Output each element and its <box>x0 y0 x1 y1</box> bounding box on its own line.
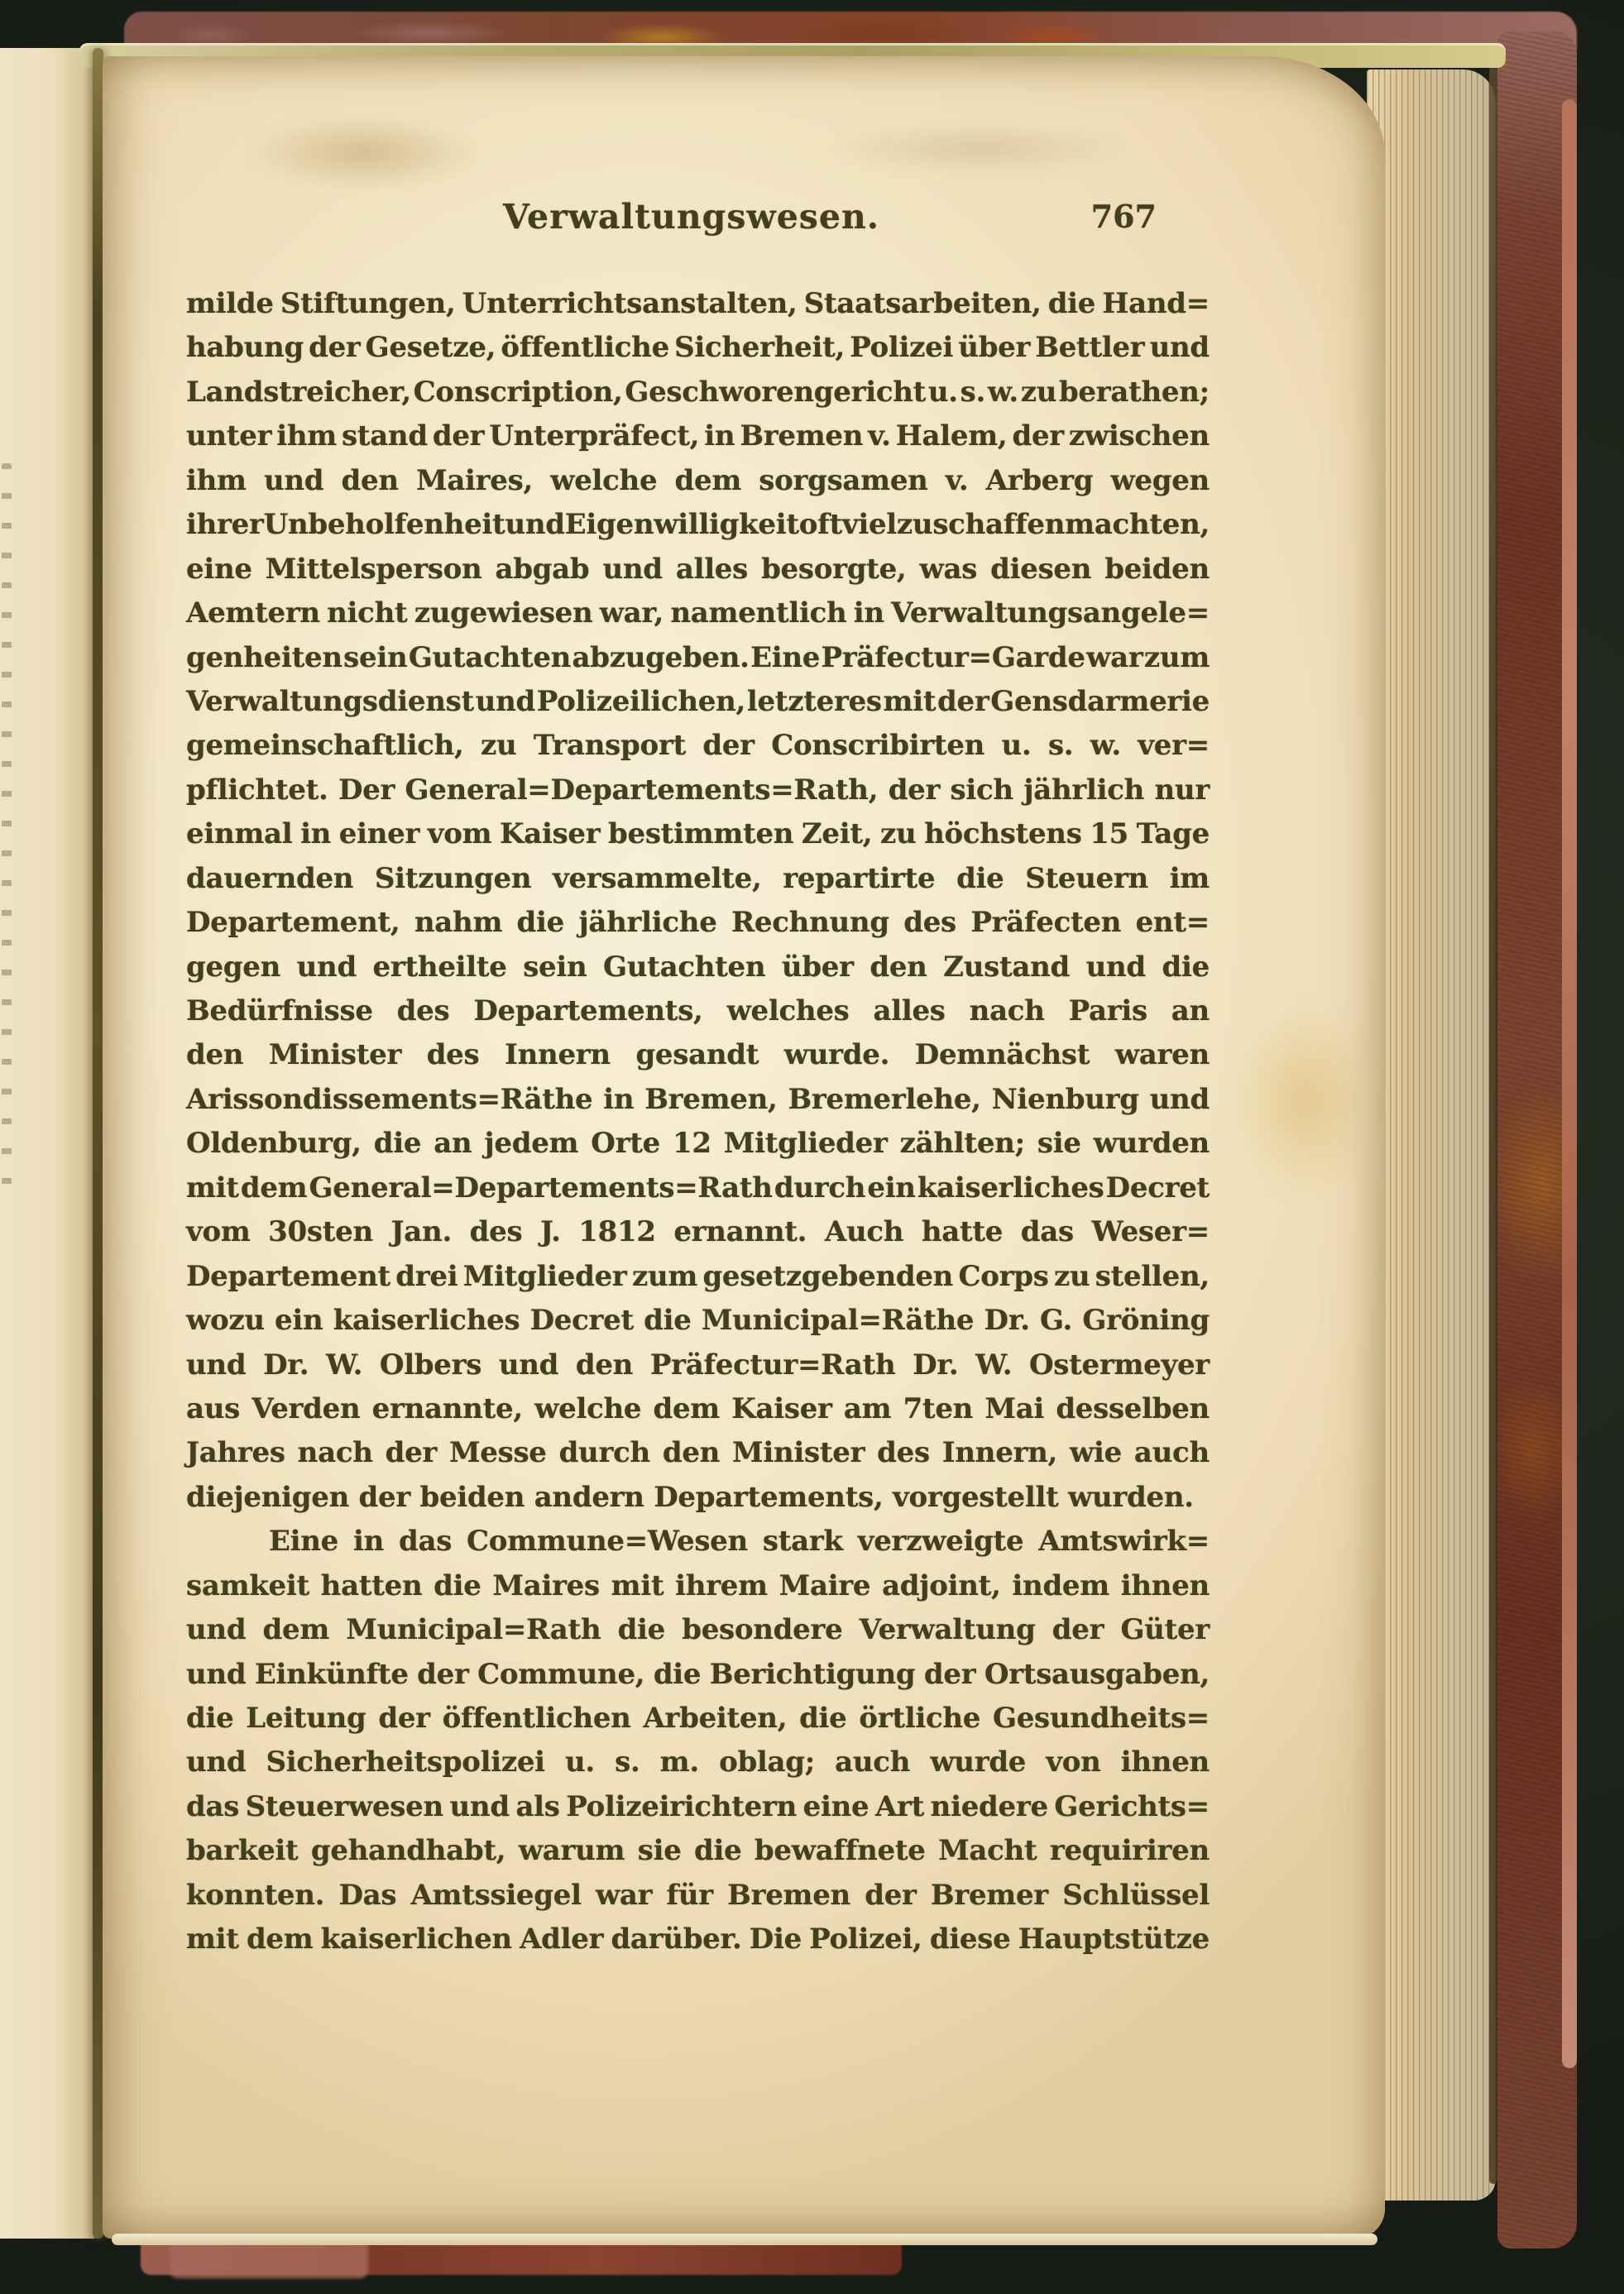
book-photo-scene: Verwaltungswesen. 767 mildeStiftungen,Un… <box>0 0 1624 2294</box>
text-line: samkeithattendieMairesmitihremMaireadjoi… <box>186 1564 1210 1608</box>
page-bottom-edge-highlight <box>112 2234 1377 2245</box>
text-line: vom30stenJan.desJ.1812ernannt.Auchhatted… <box>186 1210 1210 1254</box>
text-line: einmalineinervomKaiserbestimmtenZeit,zuh… <box>186 812 1210 856</box>
text-line: wozueinkaiserlichesDecretdieMunicipal=Rä… <box>186 1299 1210 1343</box>
text-line: dasSteuerwesenundalsPolizeirichterneineA… <box>186 1785 1210 1829</box>
text-line: BedürfnissedesDepartements,welchesallesn… <box>186 989 1210 1033</box>
text-line: Aemternnichtzugewiesenwar,namentlichinVe… <box>186 591 1210 635</box>
text-line: EineindasCommune=WesenstarkverzweigteAmt… <box>186 1520 1210 1564</box>
facing-page-sliver <box>0 48 98 2239</box>
text-line: Departement,nahmdiejährlicheRechnungdesP… <box>186 901 1210 945</box>
text-line: ausVerdenernannte,welchedemKaiseram7tenM… <box>186 1387 1210 1431</box>
text-line: genheitenseinGutachtenabzugeben.EinePräf… <box>186 636 1210 680</box>
text-line: JahresnachderMessedurchdenMinisterdesInn… <box>186 1431 1210 1475</box>
text-line: gegenundertheilteseinGutachtenüberdenZus… <box>186 946 1210 989</box>
running-title: Verwaltungswesen. <box>180 190 1203 243</box>
body-text: mildeStiftungen,Unterrichtsanstalten,Sta… <box>186 282 1210 1962</box>
text-line: mitdemGeneral=Departements=Rathdurcheink… <box>186 1166 1210 1210</box>
text-line: Oldenburg,dieanjedemOrte12Mitgliederzähl… <box>186 1122 1210 1166</box>
text-line: barkeitgehandhabt,warumsiediebewaffneteM… <box>186 1829 1210 1873</box>
text-line: habungderGesetze,öffentlicheSicherheit,P… <box>186 326 1210 370</box>
text-line: konnten.DasAmtssiegelwarfürBremenderBrem… <box>186 1874 1210 1918</box>
page-stack-fore-edge <box>1367 69 1496 2201</box>
text-line: eineMittelspersonabgabundallesbesorgte,w… <box>186 548 1210 591</box>
text-line: VerwaltungsdienstundPolizeilichen,letzte… <box>186 680 1210 724</box>
text-line: pflichtet.DerGeneral=Departements=Rath,d… <box>186 769 1210 812</box>
text-line: ihmunddenMaires,welchedemsorgsamenv.Arbe… <box>186 459 1210 503</box>
paper-stain <box>1234 1005 1375 1195</box>
facing-page-text-fragments <box>2 463 12 1191</box>
text-line: dieLeitungderöffentlichenArbeiten,dieört… <box>186 1697 1210 1741</box>
text-line: gemeinschaftlich,zuTransportderConscribi… <box>186 724 1210 768</box>
text-line: DepartementdreiMitgliederzumgesetzgebend… <box>186 1255 1210 1299</box>
text-line: diejenigen der beiden andern Departement… <box>186 1476 1210 1520</box>
text-line: denMinisterdesInnerngesandtwurde.Demnäch… <box>186 1033 1210 1077</box>
ink-bleed-through <box>827 124 1125 174</box>
text-line: undSicherheitspolizeiu.s.m.oblag;auchwur… <box>186 1741 1210 1784</box>
text-line: undDr.W.OlbersunddenPräfectur=RathDr.W.O… <box>186 1343 1210 1387</box>
text-line: dauerndenSitzungenversammelte,repartirte… <box>186 857 1210 901</box>
book-cover-edge-highlight <box>1562 99 1577 2068</box>
text-line: ihrerUnbeholfenheitundEigenwilligkeitoft… <box>186 503 1210 547</box>
page-number: 767 <box>1091 190 1157 243</box>
text-line: undEinkünftederCommune,dieBerichtigungde… <box>186 1653 1210 1697</box>
page-header: Verwaltungswesen. 767 <box>186 190 1210 243</box>
text-line: unddemMunicipal=RathdiebesondereVerwaltu… <box>186 1608 1210 1652</box>
paper-stain <box>248 116 480 190</box>
text-line: unterihmstandderUnterpräfect,inBremenv.H… <box>186 414 1210 458</box>
text-line: mildeStiftungen,Unterrichtsanstalten,Sta… <box>186 282 1210 326</box>
text-line: Landstreicher,Conscription,Geschworenger… <box>186 371 1210 414</box>
text-line: mitdemkaiserlichenAdlerdarüber.DiePolize… <box>186 1918 1210 1961</box>
text-line: Arissondissements=RätheinBremen,Bremerle… <box>186 1078 1210 1122</box>
cover-page-gap-shadow <box>1489 66 1497 2184</box>
